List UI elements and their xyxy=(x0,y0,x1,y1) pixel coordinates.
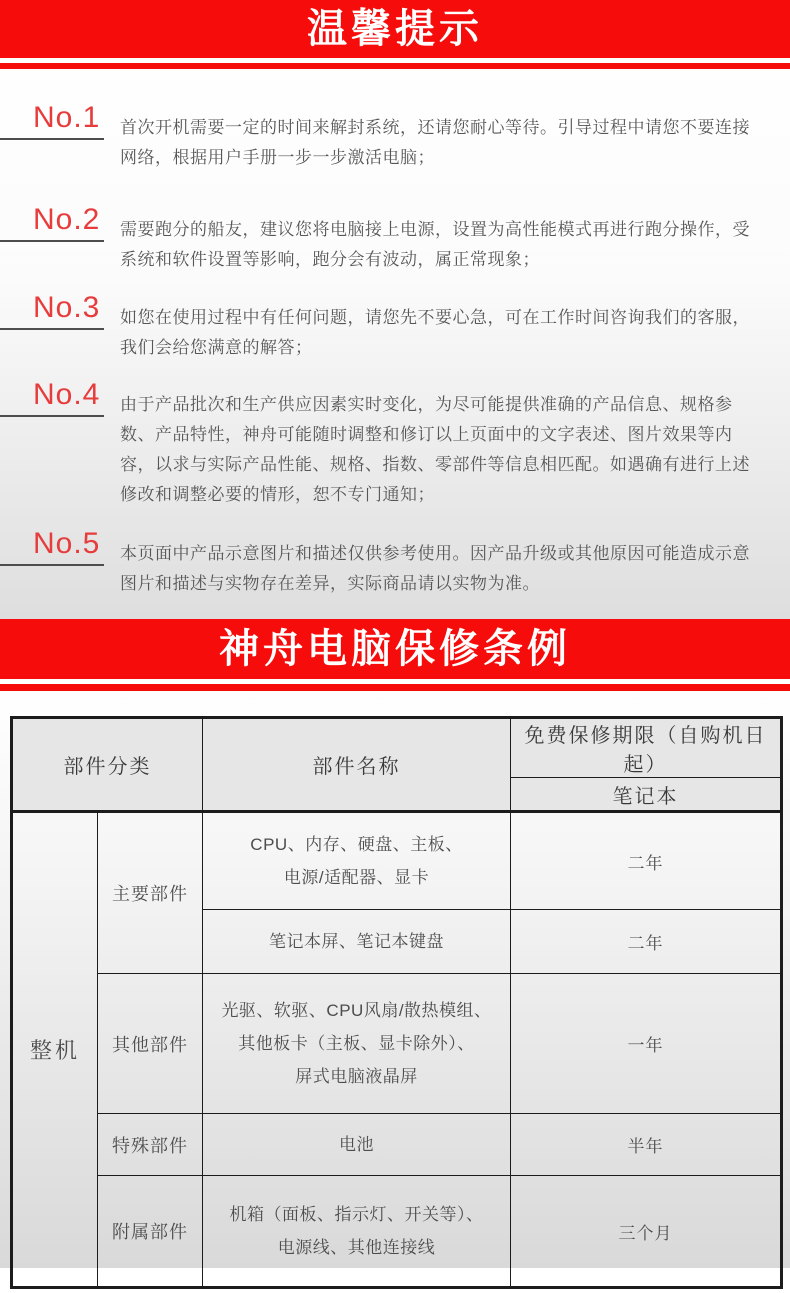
header-cell-category: 部件分类 xyxy=(12,718,203,812)
warranty-section: 部件分类 部件名称 免费保修期限（自购机日起） 笔记本 整机 主要部件 CPU、… xyxy=(0,692,790,1268)
tip-item-3: No.3 如您在使用过程中有任何问题，请您先不要心急，可在工作时间咨询我们的客服… xyxy=(0,290,758,363)
tip-item-1: No.1 首次开机需要一定的时间来解封系统，还请您耐心等待。引导过程中请您不要连… xyxy=(0,100,758,173)
tip-number-badge: No.4 xyxy=(0,377,104,417)
header-cell-part-name: 部件名称 xyxy=(203,718,511,812)
cell-category: 主要部件 xyxy=(98,812,203,974)
cell-category: 其他部件 xyxy=(98,974,203,1114)
cell-part: 机箱（面板、指示灯、开关等）、 电源线、其他连接线 xyxy=(203,1176,511,1288)
tip-number-badge: No.3 xyxy=(0,290,104,330)
tip-text: 由于产品批次和生产供应因素实时变化，为尽可能提供准确的产品信息、规格参数、产品特… xyxy=(120,377,758,510)
header-cell-period-sub: 笔记本 xyxy=(511,778,782,812)
cell-part: 光驱、软驱、CPU风扇/散热模组、 其他板卡（主板、显卡除外）、 屏式电脑液晶屏 xyxy=(203,974,511,1114)
tip-text: 需要跑分的船友，建议您将电脑接上电源，设置为高性能模式再进行跑分操作，受系统和软… xyxy=(120,202,758,275)
product-detail-page: 温馨提示 No.1 首次开机需要一定的时间来解封系统，还请您耐心等待。引导过程中… xyxy=(0,0,790,1293)
tip-item-5: No.5 本页面中产品示意图片和描述仅供参考使用。因产品升级或其他原因可能造成示… xyxy=(0,526,758,599)
cell-part: 笔记本屏、笔记本键盘 xyxy=(203,910,511,974)
cell-period: 半年 xyxy=(511,1114,782,1176)
warranty-banner-title: 神舟电脑保修条例 xyxy=(219,629,571,669)
cell-category: 特殊部件 xyxy=(98,1114,203,1176)
warranty-banner-stripe xyxy=(0,684,790,691)
tip-text: 本页面中产品示意图片和描述仅供参考使用。因产品升级或其他原因可能造成示意图片和描… xyxy=(120,526,758,599)
tip-number-label: No.2 xyxy=(33,203,100,236)
tips-banner-title: 温馨提示 xyxy=(307,9,483,49)
tip-item-4: No.4 由于产品批次和生产供应因素实时变化，为尽可能提供准确的产品信息、规格参… xyxy=(0,377,758,510)
tip-text: 如您在使用过程中有任何问题，请您先不要心急，可在工作时间咨询我们的客服，我们会给… xyxy=(120,290,758,363)
tip-number-badge: No.1 xyxy=(0,100,104,140)
header-cell-period: 免费保修期限（自购机日起） xyxy=(511,718,782,778)
cell-machine-group: 整机 xyxy=(12,812,98,1288)
tip-number-label: No.1 xyxy=(33,101,100,134)
tips-banner: 温馨提示 xyxy=(0,0,790,58)
tip-number-label: No.3 xyxy=(33,291,100,324)
cell-part: 电池 xyxy=(203,1114,511,1176)
cell-period: 一年 xyxy=(511,974,782,1114)
tip-number-label: No.5 xyxy=(33,527,100,560)
tip-number-label: No.4 xyxy=(33,378,100,411)
tip-item-2: No.2 需要跑分的船友，建议您将电脑接上电源，设置为高性能模式再进行跑分操作，… xyxy=(0,202,758,275)
tip-number-badge: No.5 xyxy=(0,526,104,566)
tips-section: 温馨提示 No.1 首次开机需要一定的时间来解封系统，还请您耐心等待。引导过程中… xyxy=(0,0,790,619)
cell-period: 二年 xyxy=(511,910,782,974)
cell-category: 附属部件 xyxy=(98,1176,203,1288)
warranty-banner: 神舟电脑保修条例 xyxy=(0,619,790,679)
tip-number-badge: No.2 xyxy=(0,202,104,242)
cell-part: CPU、内存、硬盘、主板、 电源/适配器、显卡 xyxy=(203,812,511,910)
cell-period: 二年 xyxy=(511,812,782,910)
tip-text: 首次开机需要一定的时间来解封系统，还请您耐心等待。引导过程中请您不要连接网络，根… xyxy=(120,100,758,173)
warranty-table: 部件分类 部件名称 免费保修期限（自购机日起） 笔记本 整机 主要部件 CPU、… xyxy=(10,716,783,1289)
cell-period: 三个月 xyxy=(511,1176,782,1288)
tips-banner-stripe xyxy=(0,63,790,69)
